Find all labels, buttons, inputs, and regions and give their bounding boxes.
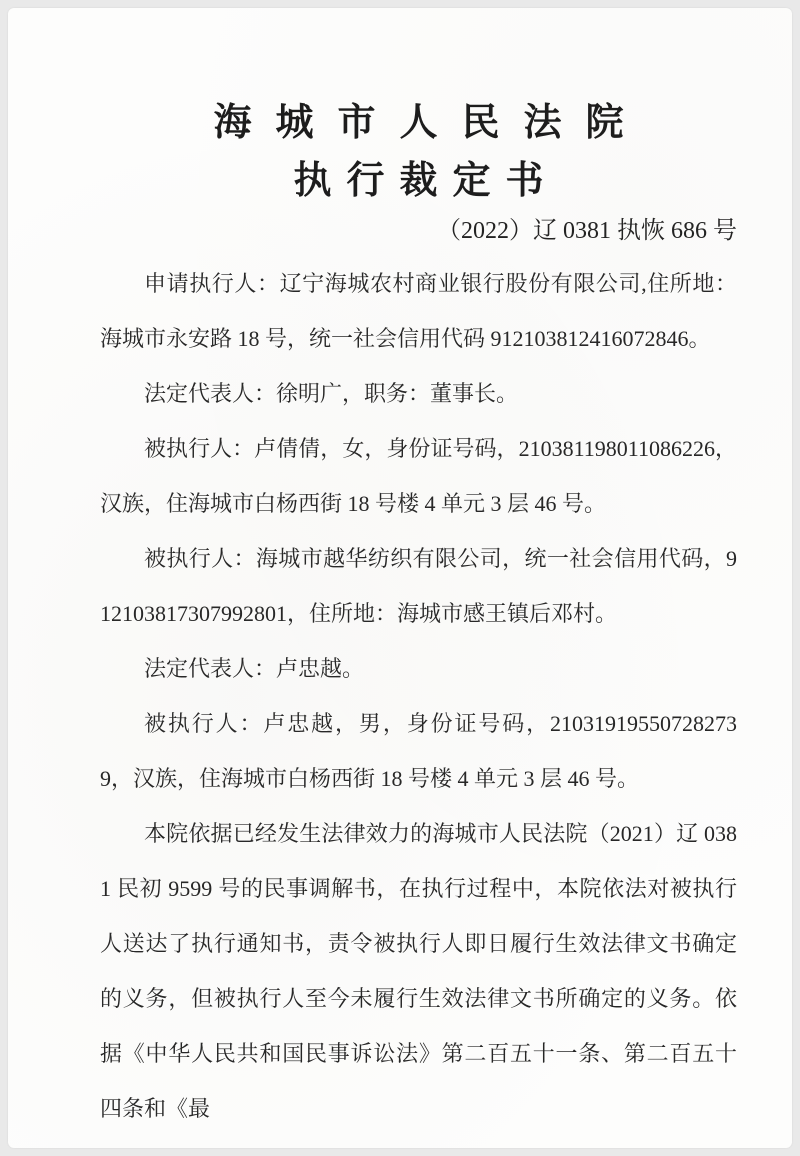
paragraph: 被执行人：海城市越华纺织有限公司，统一社会信用代码，91210381730799… xyxy=(100,531,737,641)
paragraph: 被执行人：卢忠越，男，身份证号码，210319195507282739，汉族，住… xyxy=(100,696,737,806)
case-number: （2022）辽 0381 执恢 686 号 xyxy=(100,216,737,246)
paragraph: 申请执行人：辽宁海城农村商业银行股份有限公司,住所地：海城市永安路 18 号，统… xyxy=(100,256,737,366)
court-name-title: 海城市人民法院 xyxy=(100,8,737,144)
document-type-title: 执行裁定书 xyxy=(100,160,737,202)
paragraph: 本院依据已经发生法律效力的海城市人民法院（2021）辽 0381 民初 9599… xyxy=(100,806,737,1136)
paragraph: 被执行人：卢倩倩，女，身份证号码，210381198011086226，汉族，住… xyxy=(100,421,737,531)
scanned-document-page: 海城市人民法院 执行裁定书 （2022）辽 0381 执恢 686 号 申请执行… xyxy=(8,8,792,1148)
paragraph: 法定代表人：徐明广，职务：董事长。 xyxy=(100,366,737,421)
document-body: 申请执行人：辽宁海城农村商业银行股份有限公司,住所地：海城市永安路 18 号，统… xyxy=(100,256,737,1136)
paragraph: 法定代表人：卢忠越。 xyxy=(100,641,737,696)
